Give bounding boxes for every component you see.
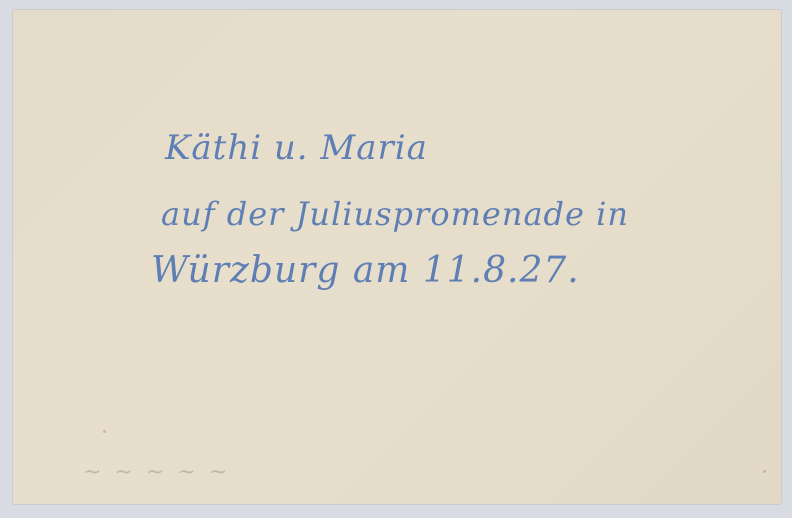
handwritten-line-names: Käthi u. Maria bbox=[165, 128, 428, 168]
handwritten-line-city-date: Würzburg am 11.8.27. bbox=[151, 250, 580, 291]
postcard-back: Käthi u. Maria auf der Juliuspromenade i… bbox=[13, 10, 781, 504]
faint-pencil-note: ~ ~ ~ ~ ~ bbox=[83, 460, 230, 485]
handwritten-line-location: auf der Juliuspromenade in bbox=[161, 195, 629, 233]
paper-spot bbox=[763, 470, 766, 473]
paper-spot bbox=[103, 430, 106, 433]
